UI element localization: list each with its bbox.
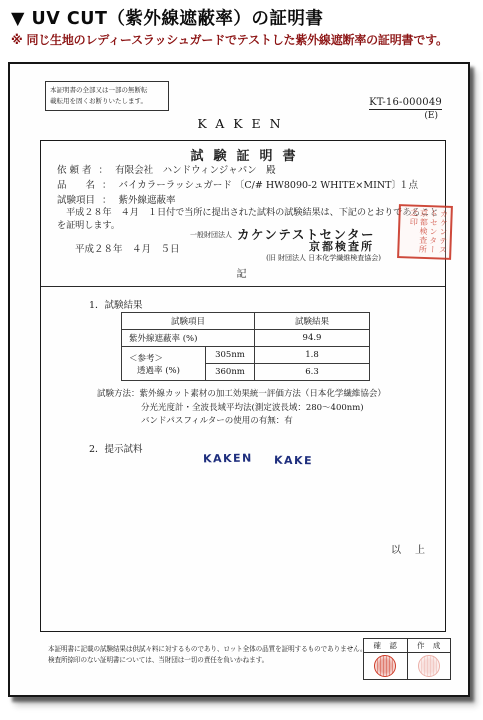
sample-mark-2: KAKE — [274, 454, 313, 468]
closing-marker: 以 上 — [391, 541, 427, 556]
approval-confirm-cell — [364, 653, 407, 679]
field-separator: ： — [102, 180, 112, 191]
uv-shield-rate-label: 紫外線遮蔽率 (%) — [122, 330, 255, 347]
kaken-brand-text: KAKEN — [10, 116, 468, 131]
results-table-header-item: 試験項目 — [122, 313, 255, 330]
disclaimer-line1: 本証明書に記載の試験結果は供試々料に対するものであり、ロット全体の品質を証明する… — [48, 644, 366, 655]
transmittance-ref-line1: ＜参考＞ — [129, 352, 201, 364]
test-method-line1: 試験方法：紫外線カット素材の加工効果統一評価方法（日本化学繊維協会） — [97, 387, 386, 399]
test-method-line3: バンドパスフィルターの使用の有無：有 — [141, 414, 293, 426]
approval-stamp-box: 確 認 作 成 — [363, 638, 451, 680]
results-table-305-row: ＜参考＞ 透過率 (%) 305nm 1.8 — [122, 347, 370, 364]
section-2-heading: 2．提示試料 — [89, 441, 143, 455]
approval-create-cell — [408, 653, 451, 679]
office-square-seal: カケンテストセンター京都検査所之印 — [397, 204, 453, 260]
wavelength-305-label: 305nm — [206, 347, 255, 364]
certificate-page: 本証明書の全部又は一部の無断転 載転用を固くお断りいたします。 KT-16-00… — [8, 62, 470, 697]
transmittance-ref-line2: 透過率 (%) — [129, 364, 201, 376]
copy-notice-box: 本証明書の全部又は一部の無断転 載転用を固くお断りいたします。 — [45, 81, 169, 111]
certify-statement-line2: を証明します。 — [57, 217, 120, 231]
section-1-heading: 1．試験結果 — [89, 297, 143, 311]
approval-confirm-column: 確 認 — [364, 639, 407, 679]
page-title: ▼ UV CUT（紫外線遮蔽率）の証明書 — [11, 5, 323, 30]
field-product-value: バイカラーラッシュガード 〔C/# HW8090-2 WHITE×MINT〕 — [119, 180, 401, 191]
issuing-org-branch: 京都検査所 — [309, 238, 374, 254]
results-table: 試験項目 試験結果 紫外線遮蔽率 (%) 94.9 ＜参考＞ 透過率 (%) 3… — [121, 312, 370, 381]
transmittance-ref-label: ＜参考＞ 透過率 (%) — [122, 347, 206, 381]
ki-marker: 記 — [41, 265, 445, 280]
issue-date: 平成２８年 ４月 ５日 — [75, 241, 180, 255]
field-product-quantity: １点 — [399, 177, 418, 191]
field-client-label: 依 頼 者 — [57, 165, 92, 176]
test-method-line2: 分光光度計・全波長域平均法(測定波長域：280～400nm) — [141, 401, 364, 413]
approval-confirm-label: 確 認 — [364, 639, 407, 653]
sample-fabric-print: KAKEN KAKE — [203, 452, 313, 465]
results-table-header-result: 試験結果 — [255, 313, 370, 330]
divider-line — [41, 286, 445, 287]
field-client: 依 頼 者：有限会社 ハンドウィンジャパン 殿 — [57, 162, 276, 176]
results-table-header-row: 試験項目 試験結果 — [122, 313, 370, 330]
disclaimer-line2: 検査所捺印のない証明書については、当財団は一切の責任を負いかねます。 — [48, 655, 366, 666]
page-subtitle: ※ 同じ生地のレディースラッシュガードでテストした紫外線遮断率の証明書です。 — [11, 31, 448, 48]
confirm-round-seal — [374, 655, 396, 677]
field-client-value: 有限会社 ハンドウィンジャパン 殿 — [115, 165, 276, 176]
sample-mark-1: KAKEN — [203, 452, 253, 466]
field-separator: ： — [99, 165, 109, 176]
certify-statement-line1: 平成２８年 ４月 １日付で当所に提出された試料の試験結果は、下記のとおりであるこ… — [57, 204, 439, 218]
approval-create-label: 作 成 — [408, 639, 451, 653]
field-product-label: 品 名 — [57, 180, 95, 191]
issuing-org-prefix: 一般財団法人 — [190, 231, 232, 239]
certificate-body-frame: 試験証明書 依 頼 者：有限会社 ハンドウィンジャパン 殿 品 名：バイカラーラ… — [40, 140, 446, 632]
copy-notice-line2: 載転用を固くお断りいたします。 — [50, 96, 164, 107]
create-round-seal — [418, 655, 440, 677]
wavelength-360-label: 360nm — [206, 364, 255, 381]
issuing-org-former-name: (旧 財団法人 日本化学繊維検査協会) — [266, 253, 381, 263]
field-product: 品 名：バイカラーラッシュガード 〔C/# HW8090-2 WHITE×MIN… — [57, 177, 401, 191]
wavelength-360-value: 6.3 — [255, 364, 370, 381]
uv-shield-rate-value: 94.9 — [255, 330, 370, 347]
wavelength-305-value: 1.8 — [255, 347, 370, 364]
office-square-seal-text: カケンテストセンター京都検査所之印 — [409, 208, 449, 254]
disclaimer: 本証明書に記載の試験結果は供試々料に対するものであり、ロット全体の品質を証明する… — [48, 644, 366, 665]
document-number: KT-16-000049 — [369, 97, 442, 110]
approval-create-column: 作 成 — [407, 639, 451, 679]
screenshot-root: ▼ UV CUT（紫外線遮蔽率）の証明書 ※ 同じ生地のレディースラッシュガード… — [0, 0, 483, 720]
copy-notice-line1: 本証明書の全部又は一部の無断転 — [50, 85, 164, 96]
results-table-shield-row: 紫外線遮蔽率 (%) 94.9 — [122, 330, 370, 347]
